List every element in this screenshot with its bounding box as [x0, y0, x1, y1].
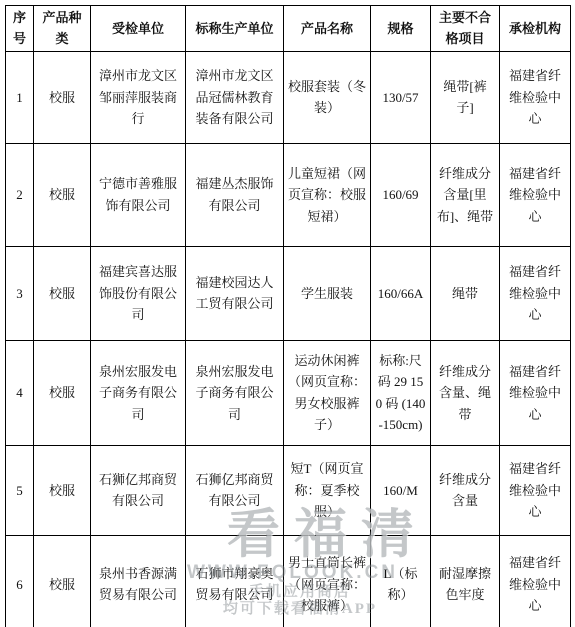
cell-producer-unit: 漳州市龙文区品冠儒林教育装备有限公司 [186, 51, 284, 143]
cell-product-category: 校服 [34, 246, 91, 340]
cell-failed-items: 耐湿摩擦色牢度 [431, 535, 500, 627]
header-product-category: 产品种类 [34, 6, 91, 52]
cell-specification: 160/M [371, 445, 431, 535]
cell-product-name: 校服套装（冬装） [284, 51, 371, 143]
inspection-results-table: 序号 产品种类 受检单位 标称生产单位 产品名称 规格 主要不合格项目 承检机构… [5, 5, 571, 627]
cell-failed-items: 绳带 [431, 246, 500, 340]
header-inspection-agency: 承检机构 [500, 6, 571, 52]
cell-specification: L（标称） [371, 535, 431, 627]
cell-product-category: 校服 [34, 51, 91, 143]
cell-product-category: 校服 [34, 445, 91, 535]
cell-producer-unit: 福建校园达人工贸有限公司 [186, 246, 284, 340]
cell-inspected-unit: 宁德市善雅服饰有限公司 [91, 143, 186, 246]
cell-serial-number: 1 [6, 51, 34, 143]
cell-serial-number: 5 [6, 445, 34, 535]
cell-inspection-agency: 福建省纤维检验中心 [500, 445, 571, 535]
cell-specification: 标称:尺码 29 150 码 (140-150cm) [371, 340, 431, 445]
cell-producer-unit: 福建丛杰服饰有限公司 [186, 143, 284, 246]
header-specification: 规格 [371, 6, 431, 52]
cell-producer-unit: 泉州宏服发电子商务有限公司 [186, 340, 284, 445]
table-body: 1校服漳州市龙文区邹丽萍服装商行漳州市龙文区品冠儒林教育装备有限公司校服套装（冬… [6, 51, 571, 627]
cell-failed-items: 纤维成分含量[里布]、绳带 [431, 143, 500, 246]
cell-product-name: 短T（网页宣称：夏季校服） [284, 445, 371, 535]
table-row: 4校服泉州宏服发电子商务有限公司泉州宏服发电子商务有限公司运动休闲裤（网页宣称：… [6, 340, 571, 445]
cell-specification: 160/69 [371, 143, 431, 246]
cell-specification: 160/66A [371, 246, 431, 340]
table-row: 2校服宁德市善雅服饰有限公司福建丛杰服饰有限公司儿童短裙（网页宣称：校服短裙）1… [6, 143, 571, 246]
cell-inspected-unit: 石狮亿邦商贸有限公司 [91, 445, 186, 535]
cell-inspection-agency: 福建省纤维检验中心 [500, 340, 571, 445]
cell-producer-unit: 石狮市翔豪奥贸易有限公司 [186, 535, 284, 627]
table-row: 6校服泉州书香源满贸易有限公司石狮市翔豪奥贸易有限公司男士直筒长裤（网页宣称：校… [6, 535, 571, 627]
table-header-row: 序号 产品种类 受检单位 标称生产单位 产品名称 规格 主要不合格项目 承检机构 [6, 6, 571, 52]
header-serial-number: 序号 [6, 6, 34, 52]
table-row: 3校服福建宾喜达服饰股份有限公司福建校园达人工贸有限公司学生服装160/66A绳… [6, 246, 571, 340]
cell-inspection-agency: 福建省纤维检验中心 [500, 51, 571, 143]
cell-failed-items: 绳带[裤子] [431, 51, 500, 143]
cell-specification: 130/57 [371, 51, 431, 143]
header-producer-unit: 标称生产单位 [186, 6, 284, 52]
cell-inspected-unit: 福建宾喜达服饰股份有限公司 [91, 246, 186, 340]
cell-failed-items: 纤维成分含量、绳带 [431, 340, 500, 445]
cell-inspection-agency: 福建省纤维检验中心 [500, 143, 571, 246]
cell-serial-number: 6 [6, 535, 34, 627]
cell-serial-number: 3 [6, 246, 34, 340]
table-row: 5校服石狮亿邦商贸有限公司石狮亿邦商贸有限公司短T（网页宣称：夏季校服）160/… [6, 445, 571, 535]
header-failed-items: 主要不合格项目 [431, 6, 500, 52]
cell-product-name: 儿童短裙（网页宣称：校服短裙） [284, 143, 371, 246]
cell-inspection-agency: 福建省纤维检验中心 [500, 246, 571, 340]
cell-product-name: 学生服装 [284, 246, 371, 340]
header-inspected-unit: 受检单位 [91, 6, 186, 52]
cell-serial-number: 4 [6, 340, 34, 445]
cell-inspection-agency: 福建省纤维检验中心 [500, 535, 571, 627]
cell-product-name: 男士直筒长裤（网页宣称：校服裤） [284, 535, 371, 627]
header-product-name: 产品名称 [284, 6, 371, 52]
table-row: 1校服漳州市龙文区邹丽萍服装商行漳州市龙文区品冠儒林教育装备有限公司校服套装（冬… [6, 51, 571, 143]
cell-product-name: 运动休闲裤（网页宣称：男女校服裤子） [284, 340, 371, 445]
cell-inspected-unit: 泉州书香源满贸易有限公司 [91, 535, 186, 627]
cell-inspected-unit: 泉州宏服发电子商务有限公司 [91, 340, 186, 445]
cell-failed-items: 纤维成分含量 [431, 445, 500, 535]
cell-producer-unit: 石狮亿邦商贸有限公司 [186, 445, 284, 535]
cell-serial-number: 2 [6, 143, 34, 246]
cell-product-category: 校服 [34, 340, 91, 445]
cell-product-category: 校服 [34, 143, 91, 246]
cell-inspected-unit: 漳州市龙文区邹丽萍服装商行 [91, 51, 186, 143]
cell-product-category: 校服 [34, 535, 91, 627]
